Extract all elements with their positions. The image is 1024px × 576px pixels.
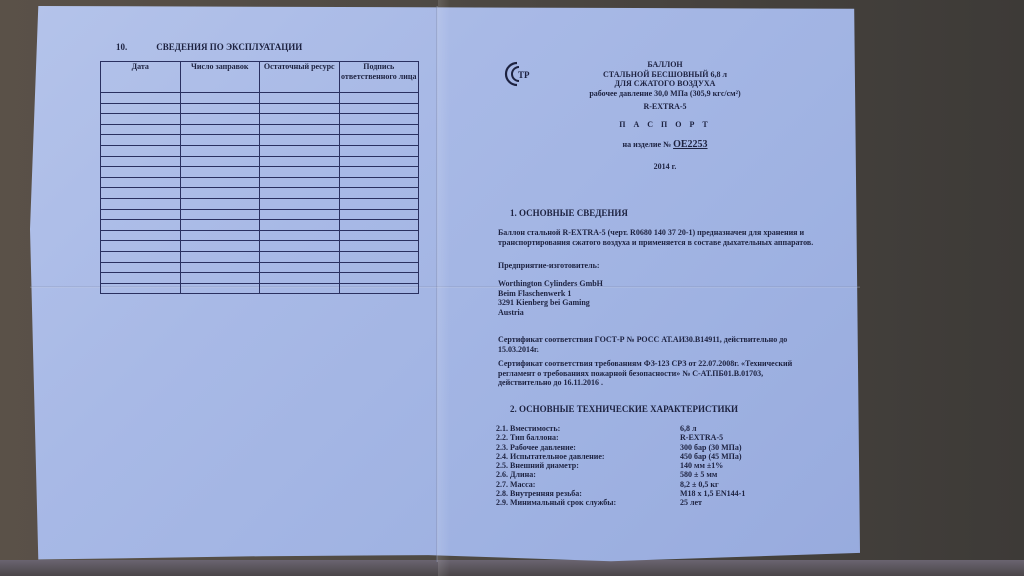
- spec-value: 450 бар (45 МПа): [680, 452, 742, 461]
- table-cell: [339, 114, 419, 125]
- table-cell: [101, 273, 181, 284]
- table-cell: [101, 251, 181, 262]
- spec-value: 140 мм ±1%: [680, 461, 723, 470]
- spec-key: 2.5. Внешний диаметр:: [496, 461, 680, 470]
- table-cell: [101, 103, 181, 114]
- table-cell: [101, 209, 181, 220]
- table-cell: [260, 145, 340, 156]
- table-cell: [180, 241, 260, 252]
- spec-row: 2.9. Минимальный срок службы:25 лет: [496, 498, 745, 507]
- table-cell: [101, 167, 181, 178]
- table-cell: [260, 209, 340, 220]
- table-cell: [339, 241, 419, 252]
- spec-row: 2.7. Масса:8,2 ± 0,5 кг: [496, 480, 745, 489]
- table-cell: [180, 283, 260, 294]
- spec-key: 2.3. Рабочее давление:: [496, 443, 680, 452]
- table-cell: [101, 230, 181, 241]
- certification-mark-icon: ТР: [497, 59, 533, 89]
- table-cell: [101, 145, 181, 156]
- table-cell: [260, 283, 340, 294]
- spec-row: 2.6. Длина:580 ± 5 мм: [496, 470, 745, 479]
- table-cell: [101, 220, 181, 231]
- table-cell: [260, 273, 340, 284]
- table-cell: [180, 177, 260, 188]
- table-cell: [180, 167, 260, 178]
- spec-value: R-EXTRA-5: [680, 433, 723, 442]
- table-cell: [339, 251, 419, 262]
- table-row: [101, 262, 419, 273]
- spec-key: 2.2. Тип баллона:: [496, 433, 680, 442]
- table-body: [101, 93, 419, 294]
- table-cell: [339, 177, 419, 188]
- address-line: Beim Flaschenwerk 1: [498, 289, 818, 299]
- table-cell: [339, 283, 419, 294]
- table-row: [101, 273, 419, 284]
- title-line: СТАЛЬНОЙ БЕСШОВНЫЙ 6,8 л: [560, 70, 770, 80]
- table-row: [101, 230, 419, 241]
- table-row: [101, 135, 419, 146]
- table-row: [101, 114, 419, 125]
- spec-row: 2.8. Внутренняя резьба:M18 x 1,5 EN144-1: [496, 489, 745, 498]
- model-name: R-EXTRA-5: [560, 102, 770, 112]
- table-row: [101, 241, 419, 252]
- manufacturer-label: Предприятие-изготовитель:: [498, 261, 818, 271]
- spec-row: 2.1. Вместимость:6,8 л: [496, 424, 745, 433]
- certificate-gost: Сертификат соответствия ГОСТ-Р № РОСС АТ…: [498, 335, 818, 354]
- table-cell: [339, 220, 419, 231]
- table-cell: [180, 273, 260, 284]
- table-cell: [339, 230, 419, 241]
- certificate-fire-safety: Сертификат соответствия требованиям ФЗ-1…: [498, 359, 818, 388]
- table-cell: [260, 93, 340, 104]
- address-line: Worthington Cylinders GmbH: [498, 279, 818, 289]
- spec-value: 25 лет: [680, 498, 702, 507]
- table-cell: [180, 251, 260, 262]
- table-cell: [260, 135, 340, 146]
- year: 2014 г.: [560, 162, 770, 172]
- table-cell: [180, 188, 260, 199]
- header-date: Дата: [101, 62, 181, 93]
- spec-key: 2.7. Масса:: [496, 480, 680, 489]
- spec-value: 300 бар (30 МПа): [680, 443, 742, 452]
- address-line: Austria: [498, 308, 818, 318]
- spec-key: 2.8. Внутренняя резьба:: [496, 489, 680, 498]
- spec-row: 2.5. Внешний диаметр:140 мм ±1%: [496, 461, 745, 470]
- table-cell: [180, 124, 260, 135]
- spec-key: 2.6. Длина:: [496, 470, 680, 479]
- title-line: рабочее давление 30,0 МПа (305,9 кгс/см²…: [560, 89, 770, 99]
- table-cell: [260, 262, 340, 273]
- spec-row: 2.4. Испытательное давление:450 бар (45 …: [496, 452, 745, 461]
- spec-key: 2.9. Минимальный срок службы:: [496, 498, 680, 507]
- title-line: ДЛЯ СЖАТОГО ВОЗДУХА: [560, 79, 770, 89]
- table-row: [101, 124, 419, 135]
- table-cell: [180, 93, 260, 104]
- manufacturer-address: Worthington Cylinders GmbH Beim Flaschen…: [498, 279, 818, 317]
- title-line: БАЛЛОН: [560, 60, 770, 70]
- table-cell: [101, 156, 181, 167]
- table-cell: [101, 188, 181, 199]
- table-cell: [260, 220, 340, 231]
- spec-value: 580 ± 5 мм: [680, 470, 717, 479]
- table-row: [101, 177, 419, 188]
- table-cell: [101, 135, 181, 146]
- specifications-list: 2.1. Вместимость:6,8 л2.2. Тип баллона:R…: [496, 424, 745, 508]
- table-row: [101, 188, 419, 199]
- table-row: [101, 103, 419, 114]
- table-cell: [339, 145, 419, 156]
- table-cell: [339, 273, 419, 284]
- table-cell: [180, 209, 260, 220]
- header-signature: Подпись ответственного лица: [339, 62, 419, 93]
- table-cell: [101, 283, 181, 294]
- table-cell: [180, 198, 260, 209]
- spec-value: M18 x 1,5 EN144-1: [680, 489, 745, 498]
- table-cell: [180, 145, 260, 156]
- table-cell: [260, 114, 340, 125]
- spec-row: 2.2. Тип баллона:R-EXTRA-5: [496, 433, 745, 442]
- item-number: на изделие № OE2253: [560, 140, 770, 150]
- table-cell: [260, 230, 340, 241]
- operation-log-table: Дата Число заправок Остаточный ресурс По…: [100, 61, 419, 294]
- table-cell: [180, 220, 260, 231]
- table-cell: [339, 209, 419, 220]
- table-cell: [339, 156, 419, 167]
- section-10-heading: 10. СВЕДЕНИЯ ПО ЭКСПЛУАТАЦИИ: [116, 42, 302, 52]
- table-cell: [260, 188, 340, 199]
- spec-key: 2.4. Испытательное давление:: [496, 452, 680, 461]
- table-cell: [260, 177, 340, 188]
- table-cell: [101, 241, 181, 252]
- table-cell: [101, 262, 181, 273]
- spec-key: 2.1. Вместимость:: [496, 424, 680, 433]
- table-cell: [260, 241, 340, 252]
- table-row: [101, 156, 419, 167]
- spec-value: 8,2 ± 0,5 кг: [680, 480, 719, 489]
- header-remaining-resource: Остаточный ресурс: [260, 62, 340, 93]
- table-cell: [260, 167, 340, 178]
- table-cell: [101, 198, 181, 209]
- product-title: БАЛЛОН СТАЛЬНОЙ БЕСШОВНЫЙ 6,8 л ДЛЯ СЖАТ…: [560, 60, 770, 98]
- table-cell: [339, 124, 419, 135]
- table-cell: [339, 167, 419, 178]
- header-refills: Число заправок: [180, 62, 260, 93]
- table-cell: [339, 93, 419, 104]
- section-1-heading: 1. ОСНОВНЫЕ СВЕДЕНИЯ: [510, 208, 628, 218]
- table-cell: [260, 198, 340, 209]
- table-cell: [180, 103, 260, 114]
- table-cell: [260, 124, 340, 135]
- address-line: 3291 Kienberg bei Gaming: [498, 298, 818, 308]
- table-cell: [339, 188, 419, 199]
- description-paragraph: Баллон стальной R-EXTRA-5 (черт. R0680 1…: [498, 228, 818, 247]
- table-header-row: Дата Число заправок Остаточный ресурс По…: [101, 62, 419, 93]
- table-cell: [101, 177, 181, 188]
- table-cell: [260, 251, 340, 262]
- table-cell: [339, 135, 419, 146]
- table-cell: [180, 114, 260, 125]
- table-cell: [101, 124, 181, 135]
- table-cell: [101, 93, 181, 104]
- svg-text:ТР: ТР: [518, 70, 530, 80]
- table-cell: [101, 114, 181, 125]
- table-row: [101, 251, 419, 262]
- table-cell: [339, 198, 419, 209]
- table-cell: [260, 103, 340, 114]
- desk-surface: [0, 560, 1024, 576]
- item-label: на изделие №: [622, 140, 671, 149]
- table-row: [101, 93, 419, 104]
- spec-value: 6,8 л: [680, 424, 697, 433]
- table-cell: [260, 156, 340, 167]
- serial-number: OE2253: [673, 139, 707, 150]
- table-cell: [180, 230, 260, 241]
- table-row: [101, 220, 419, 231]
- table-row: [101, 283, 419, 294]
- table-row: [101, 167, 419, 178]
- document-type: П А С П О Р Т: [560, 120, 770, 130]
- table-row: [101, 209, 419, 220]
- section-title: СВЕДЕНИЯ ПО ЭКСПЛУАТАЦИИ: [156, 42, 302, 52]
- vertical-fold: [436, 6, 438, 562]
- table-row: [101, 198, 419, 209]
- section-2-heading: 2. ОСНОВНЫЕ ТЕХНИЧЕСКИЕ ХАРАКТЕРИСТИКИ: [510, 404, 738, 414]
- table-cell: [339, 262, 419, 273]
- table-cell: [180, 135, 260, 146]
- section-number: 10.: [116, 42, 154, 52]
- table-cell: [180, 156, 260, 167]
- spec-row: 2.3. Рабочее давление:300 бар (30 МПа): [496, 443, 745, 452]
- table-cell: [339, 103, 419, 114]
- table-row: [101, 145, 419, 156]
- table-cell: [180, 262, 260, 273]
